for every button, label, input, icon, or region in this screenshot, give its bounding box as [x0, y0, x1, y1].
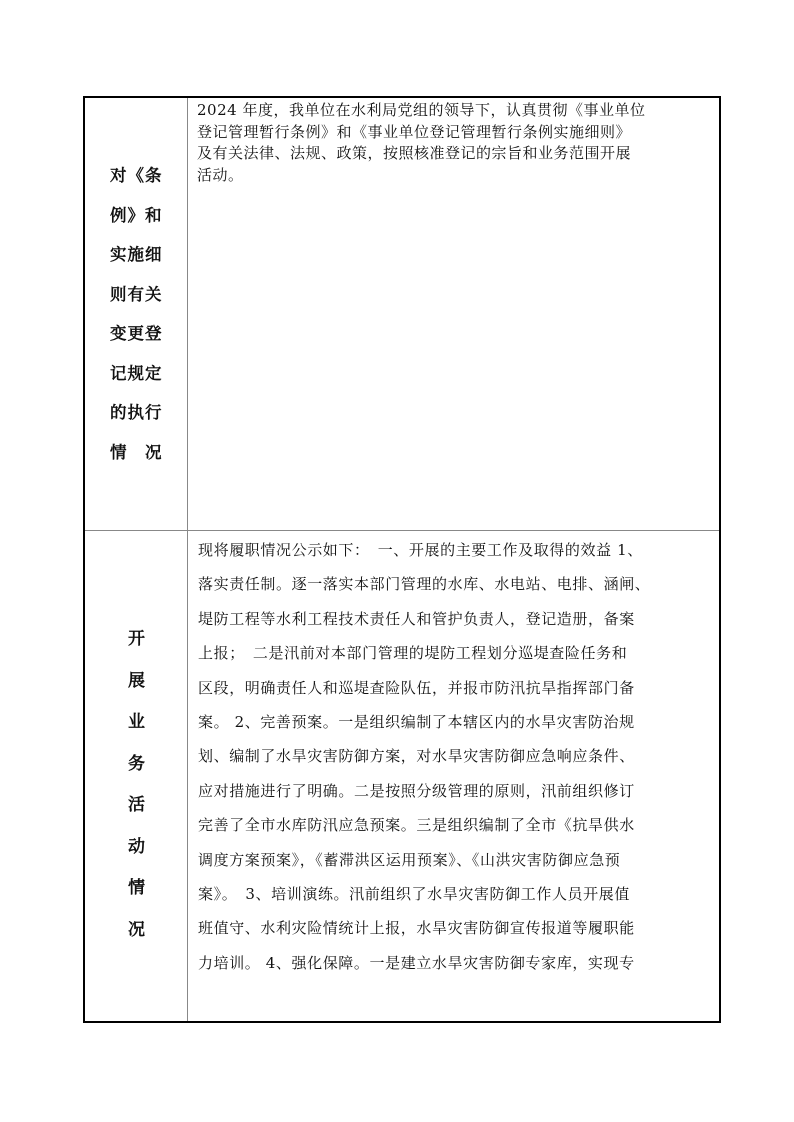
text-line: 划、编制了水旱灾害防御方案，对水旱灾害防御应急响应条件、 — [198, 739, 713, 773]
business-activities-text: 现将履职情况公示如下： 一、开展的主要工作及取得的效益 1、 落实责任制。逐一落… — [198, 533, 713, 980]
label-cell-business-activities: 开 展 业 务 活 动 情 况 — [85, 531, 188, 1021]
table-row-regulation-compliance: 对《条 例》和 实施细 则有关 变更登 记规定 的执行 情 况 2024 年度，… — [85, 98, 719, 531]
label-line: 情 — [85, 868, 188, 910]
text-line: 堤防工程等水利工程技术责任人和管护负责人，登记造册，备案 — [198, 602, 713, 636]
text-line: 力培训。 4、强化保障。一是建立水旱灾害防御专家库，实现专 — [198, 946, 713, 980]
label-line: 变更登 — [110, 314, 180, 354]
text-line: 案》。 3、培训演练。汛前组织了水旱灾害防御工作人员开展值 — [198, 877, 713, 911]
label-line: 展 — [85, 661, 188, 703]
label-line: 况 — [85, 910, 188, 952]
row-label-regulation-compliance: 对《条 例》和 实施细 则有关 变更登 记规定 的执行 情 况 — [110, 156, 180, 472]
registration-report-table: 对《条 例》和 实施细 则有关 变更登 记规定 的执行 情 况 2024 年度，… — [83, 96, 721, 1023]
label-line: 开 — [85, 619, 188, 661]
label-line: 例》和 — [110, 196, 180, 236]
label-line: 活 — [85, 785, 188, 827]
label-line: 则有关 — [110, 275, 180, 315]
label-line: 情 况 — [110, 433, 180, 473]
text-line: 完善了全市水库防汛应急预案。三是组织编制了全市《抗旱供水 — [198, 808, 713, 842]
label-line: 务 — [85, 744, 188, 786]
text-line: 上报； 二是汛前对本部门管理的堤防工程划分巡堤查险任务和 — [198, 636, 713, 670]
text-line: 调度方案预案》，《蓄滞洪区运用预案》、《山洪灾害防御应急预 — [198, 843, 713, 877]
text-line: 应对措施进行了明确。二是按照分级管理的原则，汛前组织修订 — [198, 774, 713, 808]
text-line: 及有关法律、法规、政策，按照核准登记的宗旨和业务范围开展 — [197, 143, 713, 165]
row-label-business-activities: 开 展 业 务 活 动 情 况 — [85, 619, 188, 951]
label-cell-regulation-compliance: 对《条 例》和 实施细 则有关 变更登 记规定 的执行 情 况 — [85, 98, 188, 530]
text-line: 2024 年度，我单位在水利局党组的领导下，认真贯彻《事业单位 — [197, 100, 713, 122]
text-line: 案。 2、完善预案。一是组织编制了本辖区内的水旱灾害防治规 — [198, 705, 713, 739]
table-row-business-activities: 开 展 业 务 活 动 情 况 现将履职情况公示如下： 一、开展的主要工作及取得… — [85, 531, 719, 1021]
text-line: 区段，明确责任人和巡堤查险队伍，并报市防汛抗旱指挥部门备 — [198, 671, 713, 705]
regulation-compliance-text: 2024 年度，我单位在水利局党组的领导下，认真贯彻《事业单位 登记管理暂行条例… — [197, 100, 713, 186]
content-cell-business-activities: 现将履职情况公示如下： 一、开展的主要工作及取得的效益 1、 落实责任制。逐一落… — [189, 531, 719, 1021]
text-line: 登记管理暂行条例》和《事业单位登记管理暂行条例实施细则》 — [197, 122, 713, 144]
label-line: 动 — [85, 827, 188, 869]
label-line: 对《条 — [110, 156, 180, 196]
label-line: 业 — [85, 702, 188, 744]
label-line: 记规定 — [110, 354, 180, 394]
label-line: 的执行 — [110, 393, 180, 433]
text-line: 班值守、水利灾险情统计上报，水旱灾害防御宣传报道等履职能 — [198, 911, 713, 945]
text-line: 现将履职情况公示如下： 一、开展的主要工作及取得的效益 1、 — [198, 533, 713, 567]
text-line: 活动。 — [197, 165, 713, 187]
text-line: 落实责任制。逐一落实本部门管理的水库、水电站、电排、涵闸、 — [198, 567, 713, 601]
label-line: 实施细 — [110, 235, 180, 275]
content-cell-regulation-compliance: 2024 年度，我单位在水利局党组的领导下，认真贯彻《事业单位 登记管理暂行条例… — [189, 98, 719, 530]
